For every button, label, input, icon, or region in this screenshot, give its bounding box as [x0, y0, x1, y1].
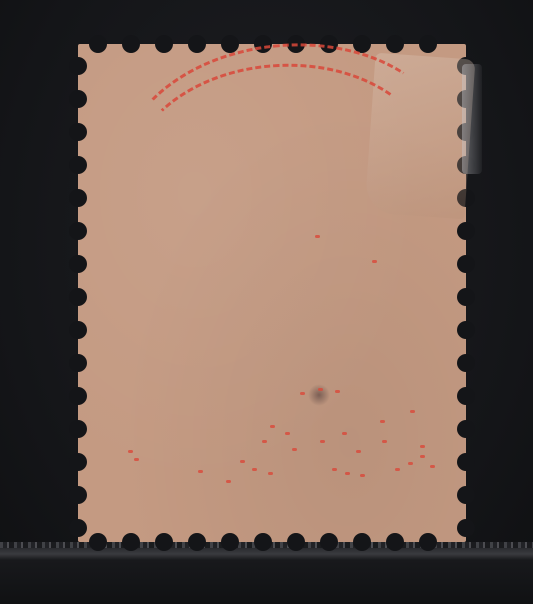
ink-speck: [240, 460, 245, 463]
perforation-hole: [353, 533, 371, 551]
ink-speck: [382, 440, 387, 443]
black-background: [0, 0, 533, 604]
ink-speck: [198, 470, 203, 473]
perforation-hole: [155, 35, 173, 53]
perforation-hole: [320, 533, 338, 551]
perforation-hole: [69, 255, 87, 273]
perforation-hole: [419, 35, 437, 53]
perforation-hole: [69, 519, 87, 537]
perforation-hole: [122, 35, 140, 53]
perforation-hole: [69, 222, 87, 240]
ink-speck: [335, 390, 340, 393]
ink-speck: [430, 465, 435, 468]
perforation-hole: [419, 533, 437, 551]
perforation-hole: [69, 57, 87, 75]
ink-speck: [285, 432, 290, 435]
perforation-hole: [69, 123, 87, 141]
perforation-hole: [69, 453, 87, 471]
mount-strip: [0, 548, 533, 604]
perforation-hole: [254, 533, 272, 551]
perforation-hole: [457, 288, 475, 306]
ink-speck: [356, 450, 361, 453]
perforation-hole: [69, 387, 87, 405]
ink-speck: [315, 235, 320, 238]
perforation-hole: [188, 533, 206, 551]
perforation-hole: [457, 420, 475, 438]
perforation-hole: [188, 35, 206, 53]
ink-speck: [300, 392, 305, 395]
perforation-hole: [221, 35, 239, 53]
perforation-hole: [69, 156, 87, 174]
ink-speck: [420, 455, 425, 458]
perforation-hole: [457, 321, 475, 339]
ink-speck: [226, 480, 231, 483]
perforation-hole: [69, 189, 87, 207]
perforation-hole: [122, 533, 140, 551]
ink-speck: [320, 440, 325, 443]
ink-speck: [342, 432, 347, 435]
ink-speck: [345, 472, 350, 475]
ink-speck: [420, 445, 425, 448]
perforation-hole: [89, 35, 107, 53]
ink-speck: [134, 458, 139, 461]
ink-speck: [395, 468, 400, 471]
perforation-hole: [69, 354, 87, 372]
perforation-hole: [69, 420, 87, 438]
perforation-hole: [69, 486, 87, 504]
ink-speck: [360, 474, 365, 477]
ink-speck: [252, 468, 257, 471]
perforation-hole: [221, 533, 239, 551]
ink-speck: [408, 462, 413, 465]
perforation-hole: [89, 533, 107, 551]
ink-speck: [318, 388, 323, 391]
perforation-hole: [457, 255, 475, 273]
ink-speck: [268, 472, 273, 475]
perforation-hole: [386, 35, 404, 53]
perforation-hole: [457, 387, 475, 405]
ink-speck: [292, 448, 297, 451]
ink-speck: [372, 260, 377, 263]
ink-speck: [128, 450, 133, 453]
ink-speck: [262, 440, 267, 443]
perforation-hole: [155, 533, 173, 551]
perforation-hole: [287, 533, 305, 551]
perforation-hole: [457, 222, 475, 240]
ink-speck: [332, 468, 337, 471]
perforation-hole: [386, 533, 404, 551]
perforation-hole: [69, 321, 87, 339]
perforation-hole: [69, 288, 87, 306]
perforation-hole: [457, 453, 475, 471]
ink-speck: [410, 410, 415, 413]
perforation-hole: [457, 486, 475, 504]
perforation-hole: [69, 90, 87, 108]
ink-speck: [270, 425, 275, 428]
hinge-edge: [462, 64, 482, 174]
perforation-hole: [457, 519, 475, 537]
ink-speck: [380, 420, 385, 423]
perforation-hole: [457, 354, 475, 372]
